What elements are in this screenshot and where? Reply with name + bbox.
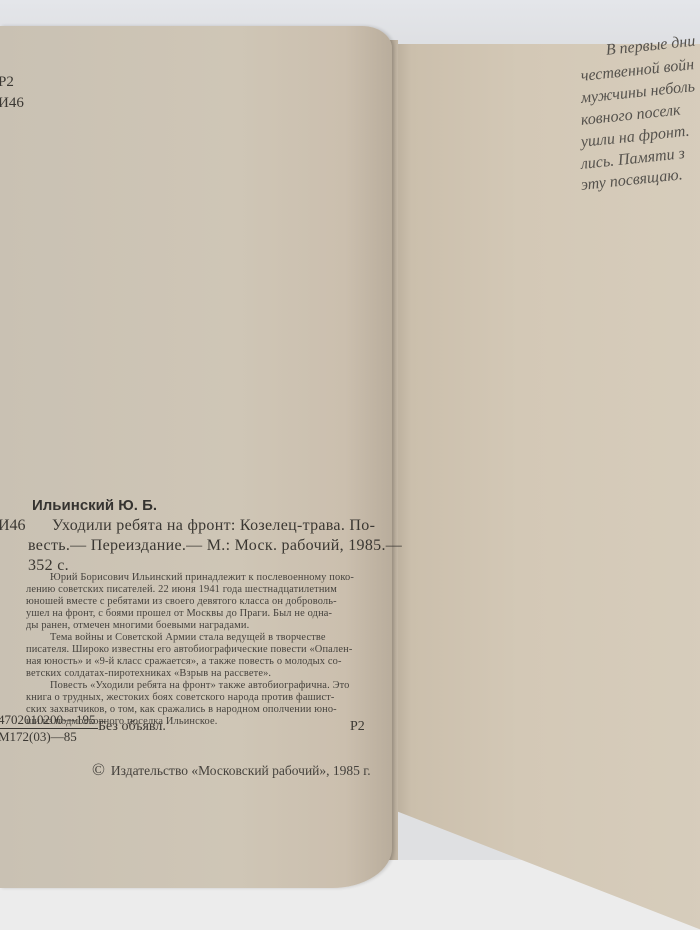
abstract-line: лению советских писателей. 22 июня 1941 … bbox=[26, 584, 337, 595]
abstract-line: ная юность» и «9-й класс сражается», а т… bbox=[26, 656, 342, 667]
copyright-icon: © bbox=[92, 760, 105, 779]
abstract-line: Юрий Борисович Ильинский принадлежит к п… bbox=[50, 572, 354, 583]
abstract-line: Повесть «Уходили ребята на фронт» также … bbox=[50, 680, 349, 691]
abstract-line: юношей вместе с ребятами из своего девят… bbox=[26, 596, 337, 607]
copyright-text: Издательство «Московский рабочий», 1985 … bbox=[111, 763, 371, 778]
biblio-line-2: весть.— Переиздание.— М.: Моск. рабочий,… bbox=[28, 537, 402, 555]
biblio-line-1: Уходили ребята на фронт: Козелец-трава. … bbox=[52, 517, 375, 535]
left-page: Р2 И46 Ильинский Ю. Б. И46 Уходили ребят… bbox=[0, 26, 392, 888]
abstract-line: ушел на фронт, с боями прошел от Москвы … bbox=[26, 608, 332, 619]
abstract-line: книга о трудных, жестоких боях советског… bbox=[26, 692, 335, 703]
bbk-code: Р2 bbox=[350, 719, 365, 735]
abstract-line: ды ранен, отмечен многими боевыми наград… bbox=[26, 620, 249, 631]
price-code-numerator: 4702010200—195 bbox=[0, 712, 98, 729]
author-name: Ильинский Ю. Б. bbox=[32, 497, 157, 514]
price-code: 4702010200—195 М172(03)—85 bbox=[0, 712, 98, 745]
abstract-line: писателя. Широко известны его автобиогра… bbox=[26, 644, 352, 655]
price-note: Без объявл. bbox=[98, 719, 166, 735]
abstract-line: Тема войны и Советской Армии стала ведущ… bbox=[50, 632, 326, 643]
price-code-denominator: М172(03)—85 bbox=[0, 729, 98, 745]
abstract-line: ветских солдатах-пиротехниках «Взрыв на … bbox=[26, 668, 271, 679]
catalog-code: И46 bbox=[0, 517, 26, 535]
top-code-2: И46 bbox=[0, 95, 24, 112]
top-code-1: Р2 bbox=[0, 74, 14, 91]
copyright-line: ©Издательство «Московский рабочий», 1985… bbox=[92, 760, 371, 780]
